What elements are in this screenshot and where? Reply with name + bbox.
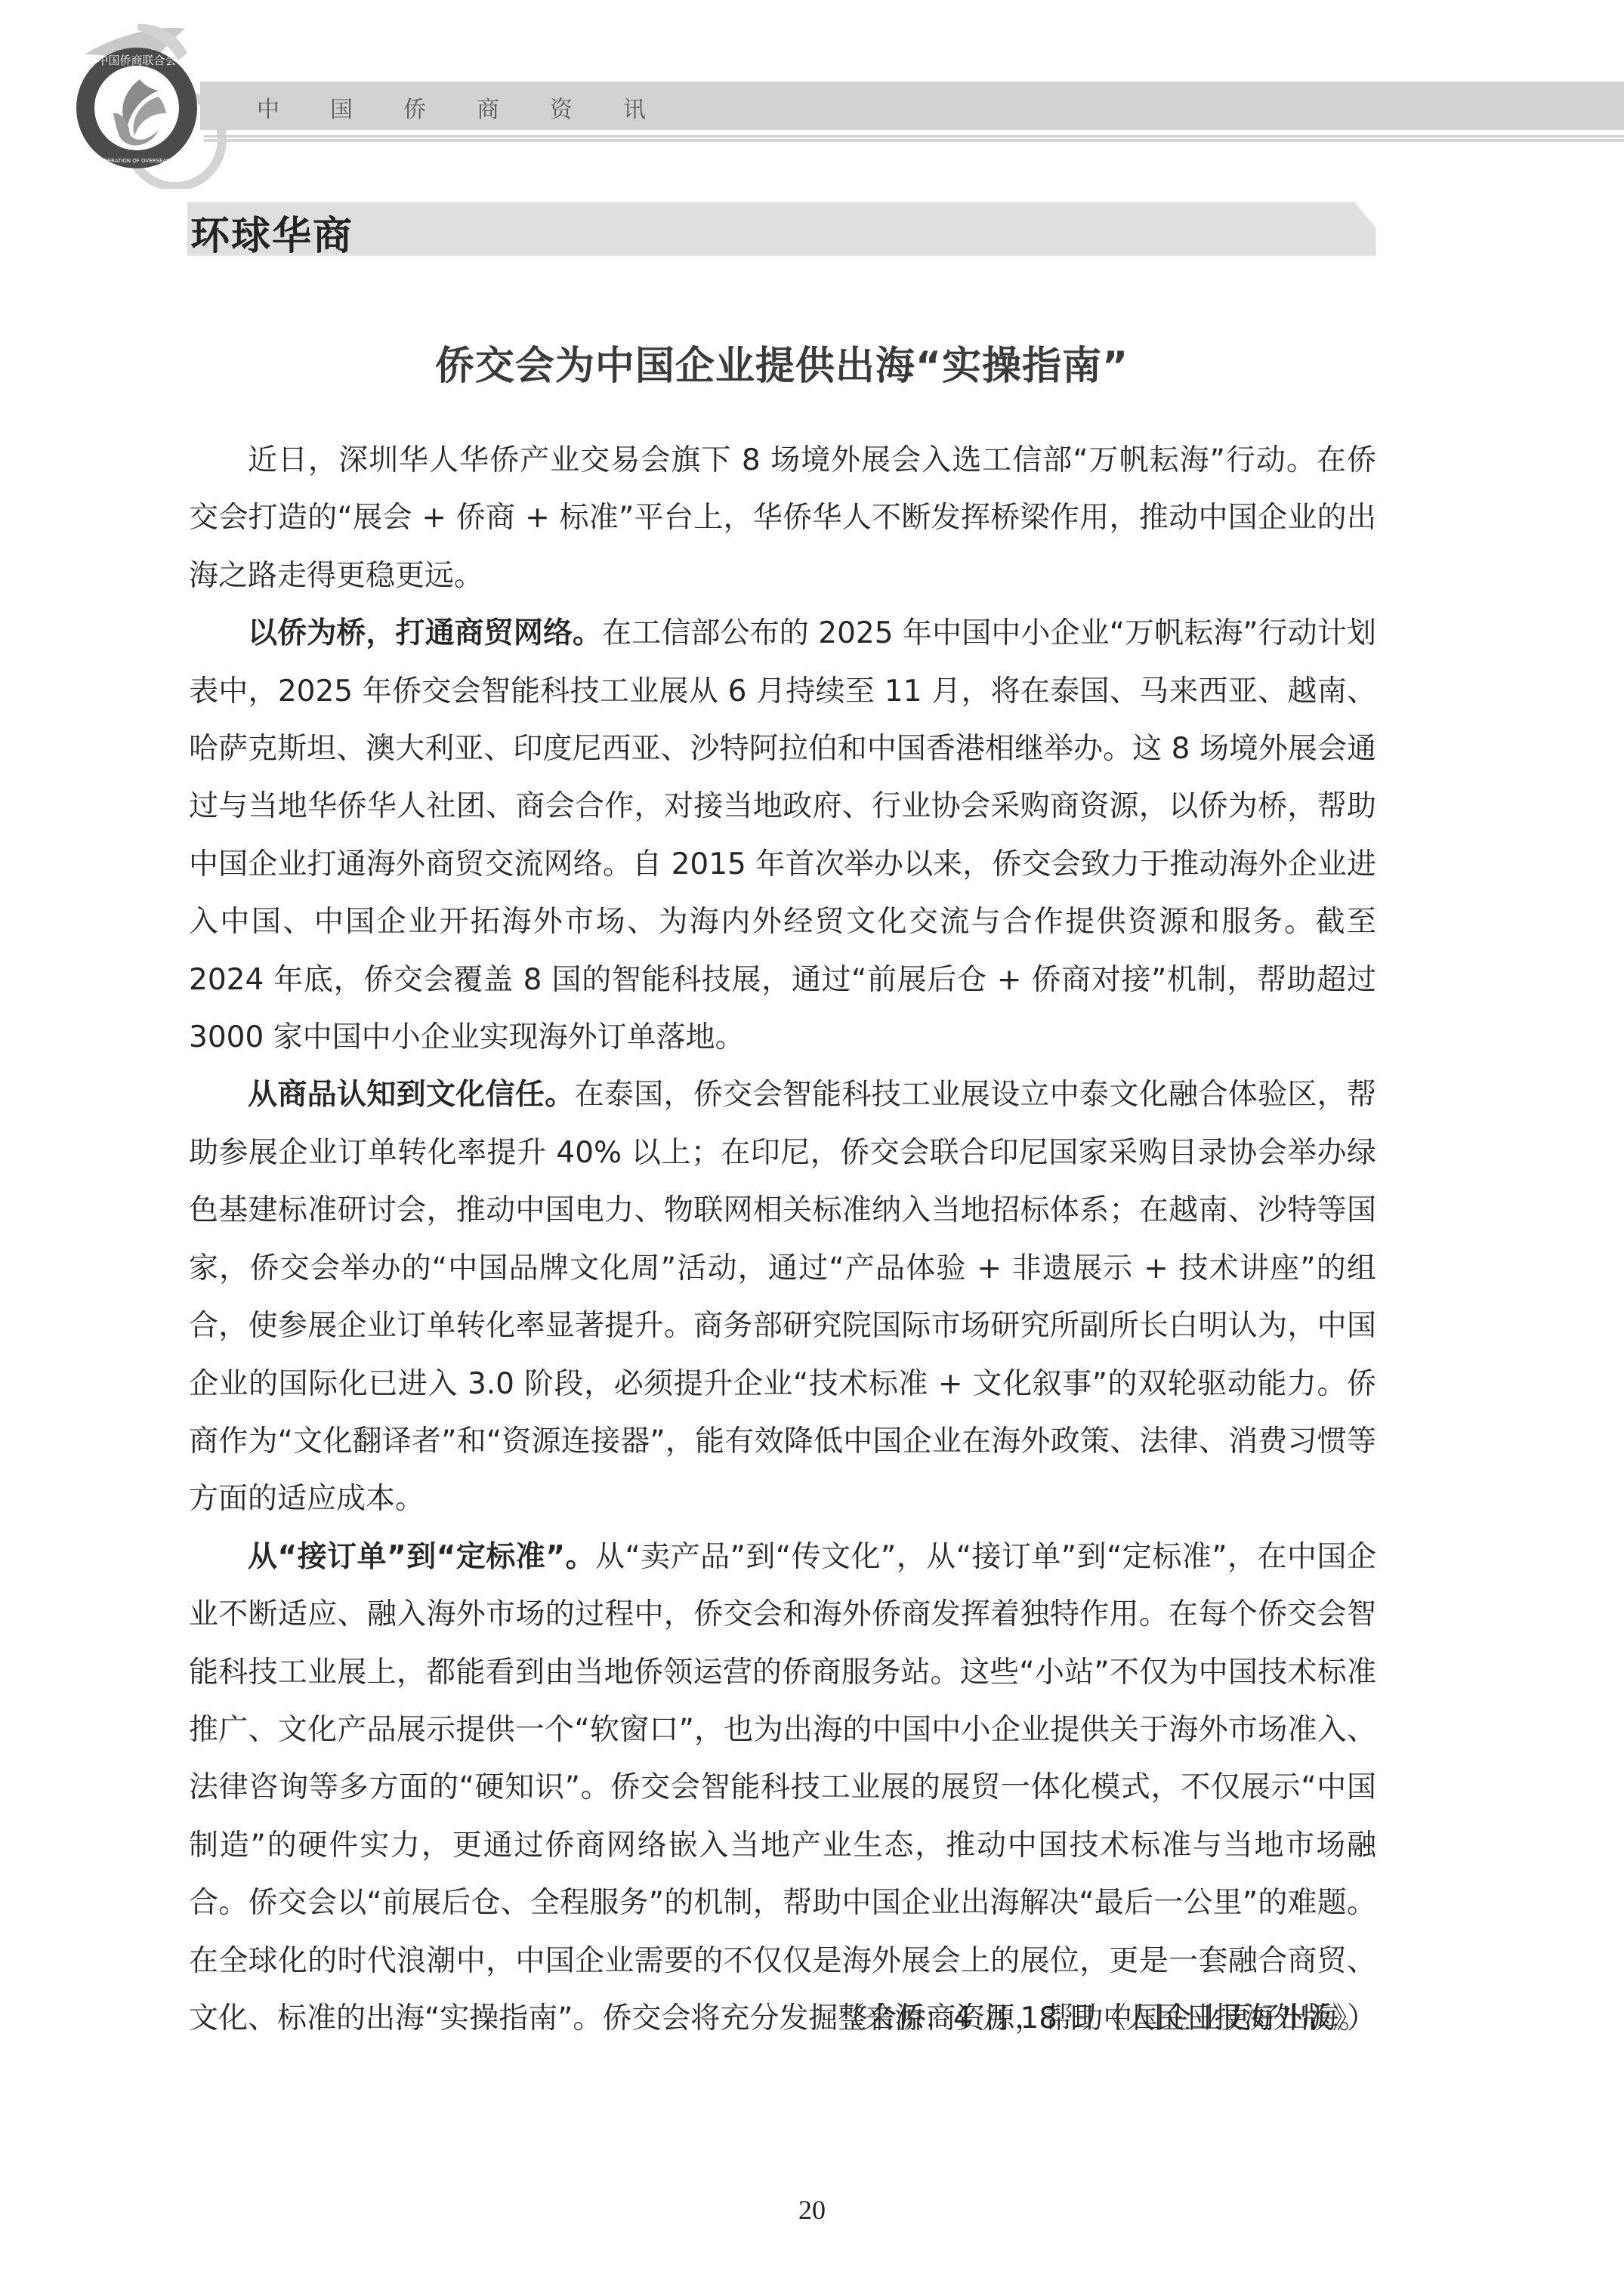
- paragraph-text: 在工信部公布的 2025 年中国中小企业“万帆耘海”行动计划表中，2025 年侨…: [189, 616, 1376, 1054]
- svg-text:CHINA FEDERATION OF OVERSEAS C: CHINA FEDERATION OF OVERSEAS CHINESE: [79, 158, 194, 164]
- paragraph: 以侨为桥，打通商贸网络。在工信部公布的 2025 年中国中小企业“万帆耘海”行动…: [189, 605, 1376, 1066]
- section-banner: [187, 202, 1376, 256]
- paragraph-lead: 以侨为桥，打通商贸网络。: [248, 616, 602, 650]
- paragraph: 从“接订单”到“定标准”。从“卖产品”到“传文化”，从“接订单”到“定标准”，在…: [189, 1529, 1376, 2048]
- svg-text:中国侨商联合会: 中国侨商联合会: [97, 54, 176, 67]
- section-title: 环球华商: [190, 204, 354, 261]
- paragraph-text: 近日，深圳华人华侨产业交易会旗下 8 场境外展会入选工信部“万帆耘海”行动。在侨…: [189, 443, 1376, 593]
- paragraph: 从商品认知到文化信任。在泰国，侨交会智能科技工业展设立中泰文化融合体验区，帮助参…: [189, 1066, 1376, 1528]
- header-divider: [204, 135, 1624, 137]
- article-body: 近日，深圳华人华侨产业交易会旗下 8 场境外展会入选工信部“万帆耘海”行动。在侨…: [189, 432, 1376, 2048]
- paragraph: 近日，深圳华人华侨产业交易会旗下 8 场境外展会入选工信部“万帆耘海”行动。在侨…: [189, 432, 1376, 605]
- paragraph-lead: 从“接订单”到“定标准”。: [248, 1540, 595, 1574]
- article-title: 侨交会为中国企业提供出海“实操指南”: [187, 334, 1376, 390]
- paragraph-text: 从“卖产品”到“传文化”，从“接订单”到“定标准”，在中国企业不断适应、融入海外…: [189, 1540, 1376, 2035]
- publication-title: 中国侨商资讯: [257, 91, 696, 124]
- paragraph-text: 在泰国，侨交会智能科技工业展设立中泰文化融合体验区，帮助参展企业订单转化率提升 …: [189, 1078, 1376, 1516]
- paragraph-lead: 从商品认知到文化信任。: [248, 1078, 575, 1112]
- page-number: 20: [0, 2194, 1624, 2226]
- header-divider: [204, 139, 1624, 142]
